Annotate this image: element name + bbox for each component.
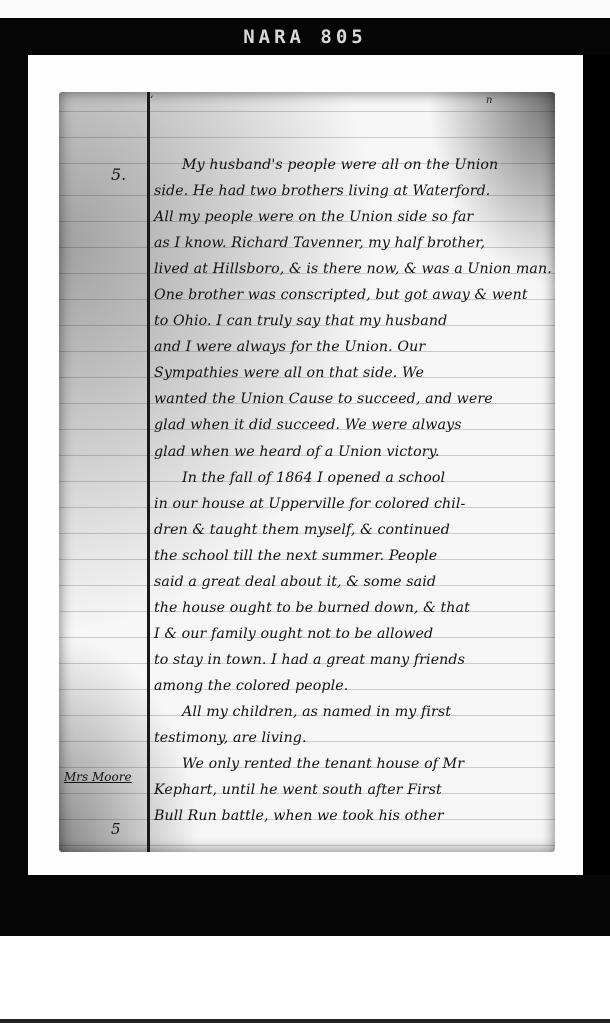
text-line: as I know. Richard Tavenner, my half bro…: [154, 230, 552, 256]
corner-mark-left: ‘: [150, 95, 153, 106]
text-line: Bull Run battle, when we took his other: [154, 803, 552, 829]
text-line: and I were always for the Union. Our: [154, 334, 552, 360]
text-line: Kephart, until he went south after First: [154, 777, 552, 803]
archive-frame-label: NARA 805: [0, 26, 610, 48]
text-line: the house ought to be burned down, & tha…: [154, 595, 552, 621]
top-border-strip: [0, 0, 610, 19]
text-line: in our house at Upperville for colored c…: [154, 491, 552, 517]
text-line: among the colored people.: [154, 673, 552, 699]
left-margin-column: 5. Mrs Moore 5: [59, 92, 147, 852]
bottom-border: [0, 1019, 610, 1023]
margin-witness-name: Mrs Moore: [64, 770, 132, 784]
film-edge-shadow: [583, 55, 610, 875]
text-line: One brother was conscripted, but got awa…: [154, 282, 552, 308]
text-line: wanted the Union Cause to succeed, and w…: [154, 386, 552, 412]
text-line: testimony, are living.: [154, 725, 552, 751]
text-line: the school till the next summer. People: [154, 543, 552, 569]
text-line: Sympathies were all on that side. We: [154, 360, 552, 386]
text-line: said a great deal about it, & some said: [154, 569, 552, 595]
bottom-blank-strip: [0, 936, 610, 1019]
margin-page-number-top: 5.: [111, 165, 126, 184]
text-line: side. He had two brothers living at Wate…: [154, 178, 552, 204]
text-line: to stay in town. I had a great many frie…: [154, 647, 552, 673]
text-line: In the fall of 1864 I opened a school: [154, 465, 552, 491]
text-line: I & our family ought not to be allowed: [154, 621, 552, 647]
corner-mark-right: n: [486, 95, 492, 106]
text-line: My husband's people were all on the Unio…: [154, 152, 552, 178]
text-line: glad when we heard of a Union victory.: [154, 439, 552, 465]
margin-rule-line: [147, 92, 150, 852]
margin-page-number-bottom: 5: [111, 820, 121, 838]
text-line: dren & taught them myself, & continued: [154, 517, 552, 543]
text-line: We only rented the tenant house of Mr: [154, 751, 552, 777]
text-line: glad when it did succeed. We were always: [154, 412, 552, 438]
text-line: to Ohio. I can truly say that my husband: [154, 308, 552, 334]
text-line: lived at Hillsboro, & is there now, & wa…: [154, 256, 552, 282]
handwritten-testimony-text: My husband's people were all on the Unio…: [154, 152, 552, 829]
text-line: All my people were on the Union side so …: [154, 204, 552, 230]
text-line: All my children, as named in my first: [154, 699, 552, 725]
